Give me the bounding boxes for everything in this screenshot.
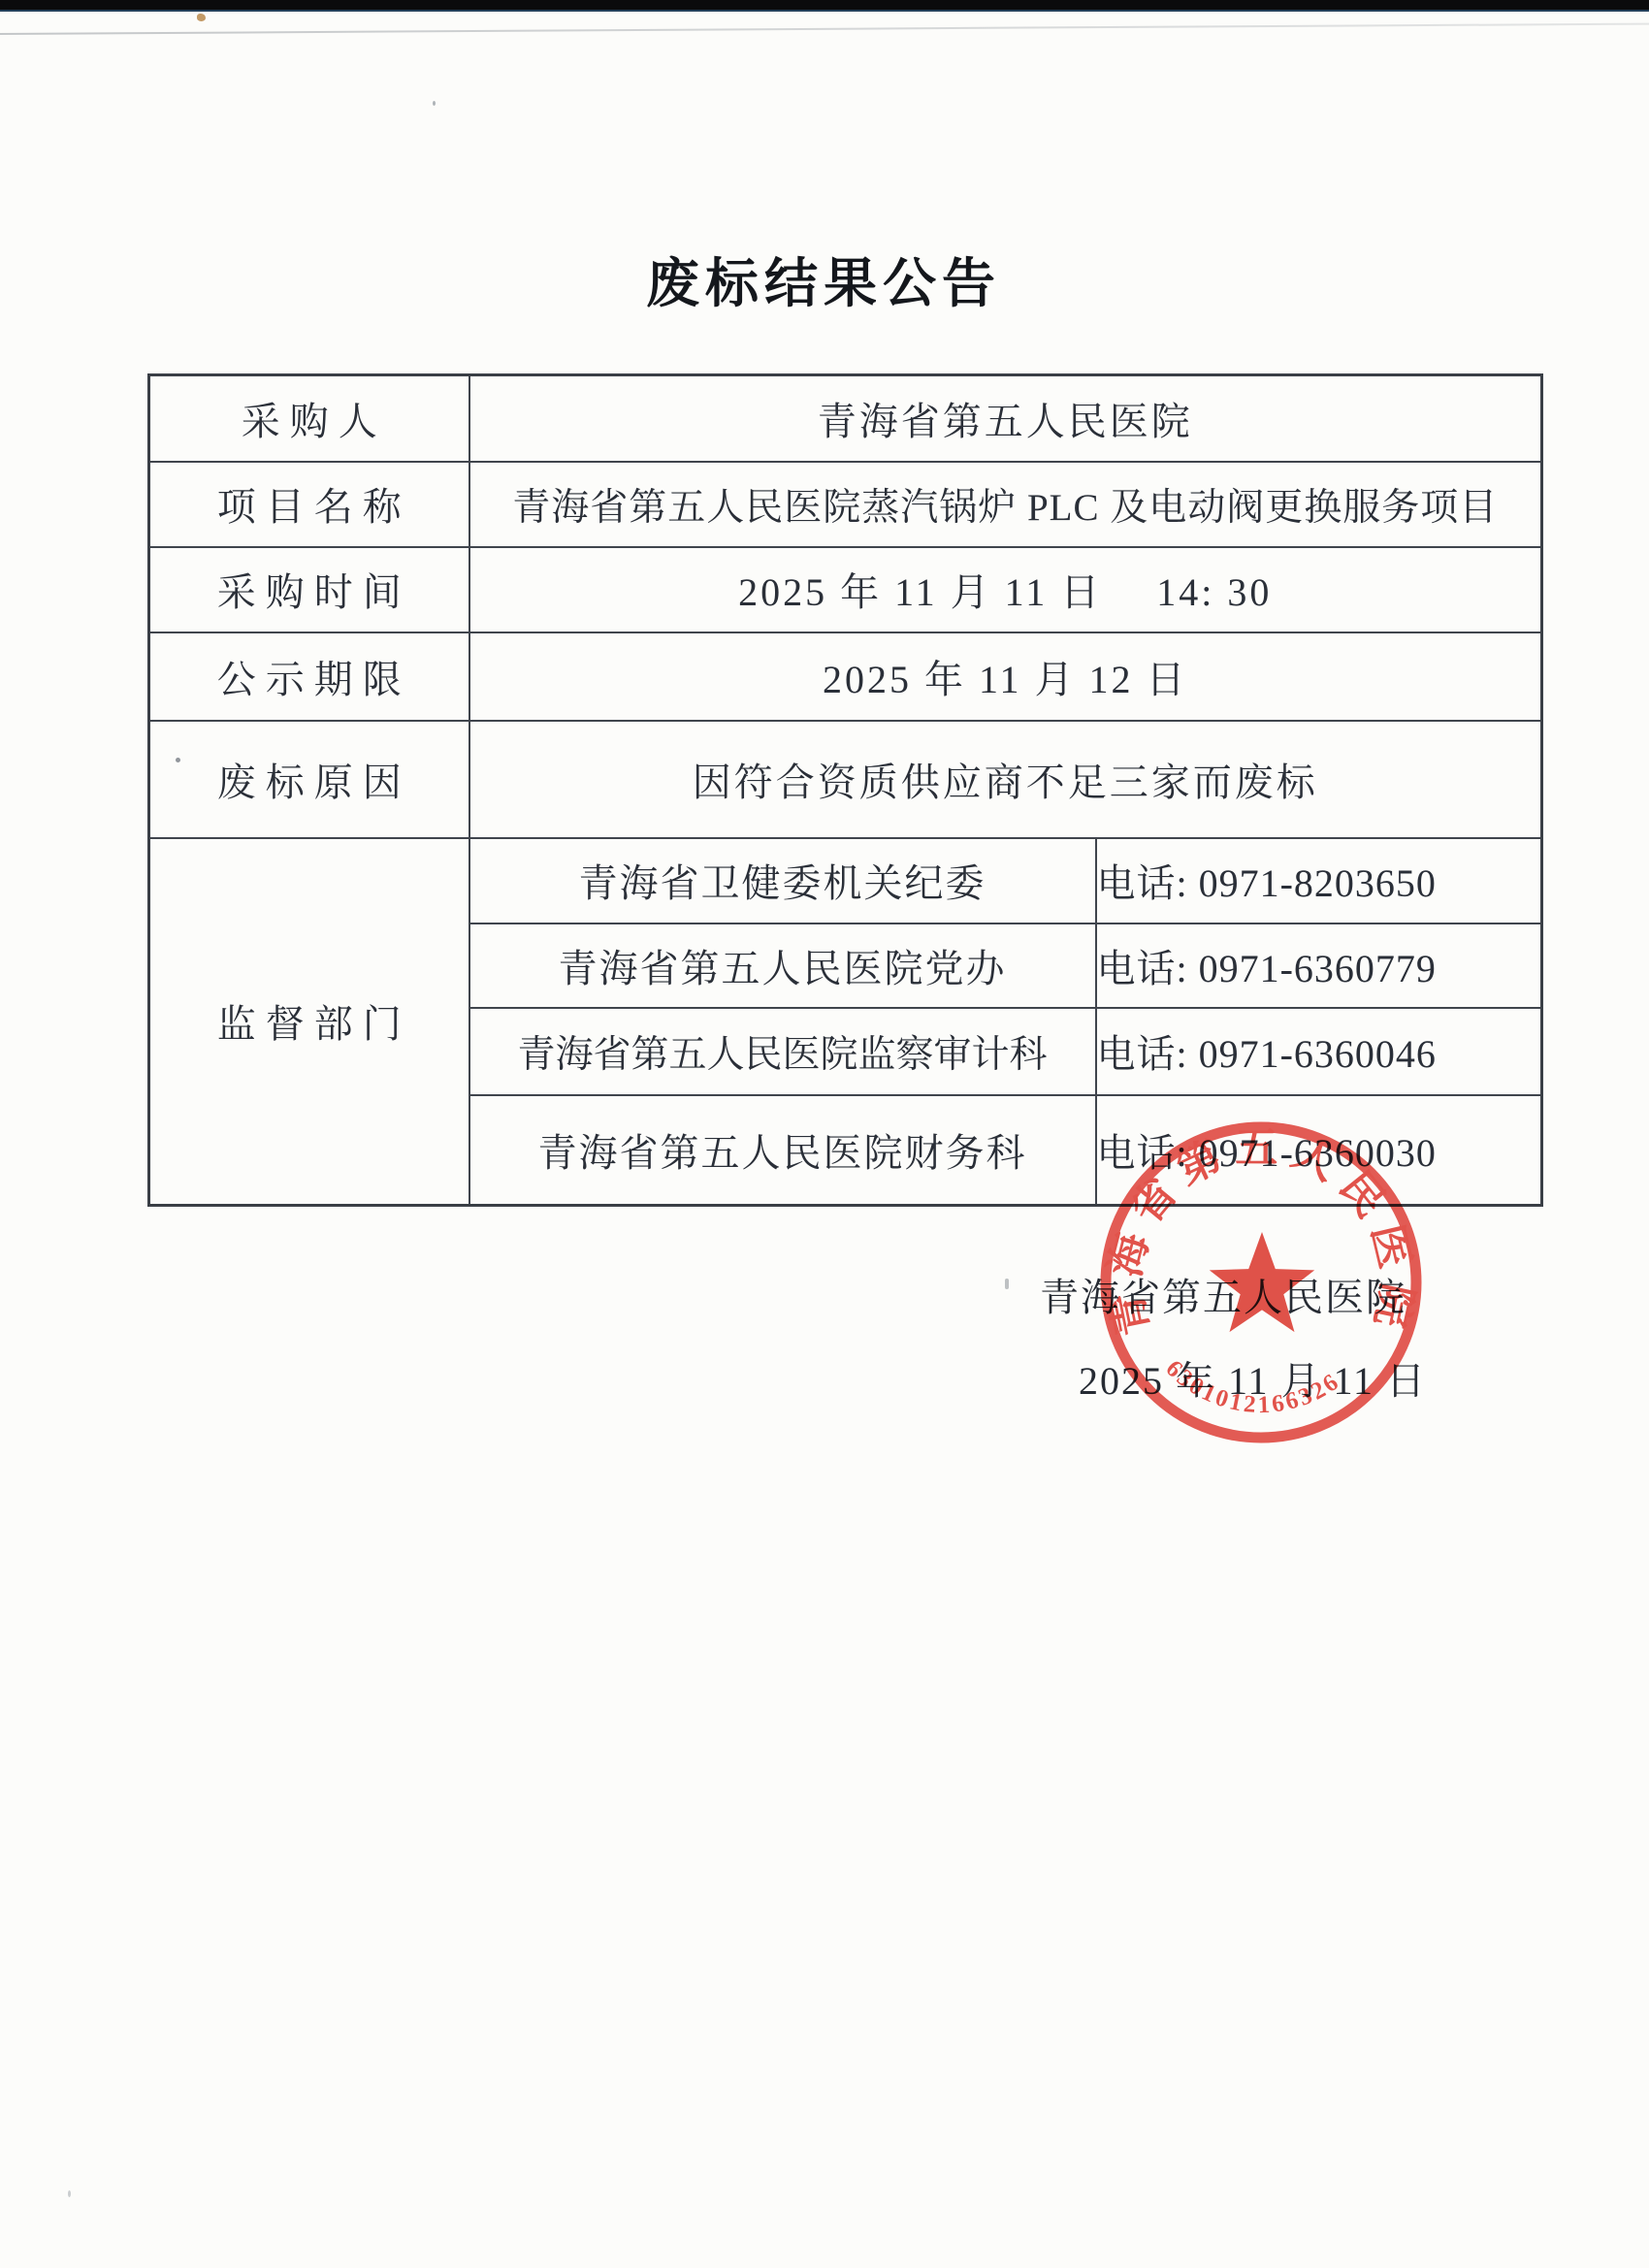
table-row: 公示期限 2025 年 11 月 12 日 <box>149 632 1542 721</box>
phone-cell: 电话: 0971-8203650 <box>1096 838 1542 923</box>
page-title: 废标结果公告 <box>0 241 1641 317</box>
announcement-table: 采购人 青海省第五人民医院 项目名称 青海省第五人民医院蒸汽锅炉 PLC 及电动… <box>147 373 1543 1207</box>
official-seal: 青海省第五人民医院 6301012166326 <box>1086 1108 1436 1457</box>
department-cell: 青海省第五人民医院监察审计科 <box>469 1008 1096 1095</box>
row-value-procurement-time: 2025 年 11 月 11 日 14: 30 <box>469 547 1542 632</box>
table-row: 采购时间 2025 年 11 月 11 日 14: 30 <box>149 547 1542 632</box>
phone-cell: 电话: 0971-6360779 <box>1096 923 1542 1008</box>
scan-crease-line <box>0 23 1649 35</box>
table-row: 监督部门 青海省卫健委机关纪委 电话: 0971-8203650 <box>149 838 1542 923</box>
row-value-cancel-reason: 因符合资质供应商不足三家而废标 <box>469 721 1542 838</box>
table-row: 废标原因 因符合资质供应商不足三家而废标 <box>149 721 1542 838</box>
row-label-purchaser: 采购人 <box>149 375 469 462</box>
scanner-edge-strip <box>0 0 1649 12</box>
row-label-cancel-reason: 废标原因 <box>149 721 469 838</box>
department-cell: 青海省第五人民医院党办 <box>469 923 1096 1008</box>
department-cell: 青海省卫健委机关纪委 <box>469 838 1096 923</box>
scan-speck <box>1005 1279 1009 1289</box>
scan-speck <box>197 14 206 21</box>
department-cell: 青海省第五人民医院财务科 <box>469 1095 1096 1206</box>
table-row: 项目名称 青海省第五人民医院蒸汽锅炉 PLC 及电动阀更换服务项目 <box>149 462 1542 547</box>
seal-number: 6301012166326 <box>1160 1355 1345 1418</box>
scanned-document-page: 废标结果公告 采购人 青海省第五人民医院 项目名称 青海省第五人民医院蒸汽锅炉 … <box>0 0 1649 2268</box>
scan-speck <box>68 2190 71 2197</box>
row-value-purchaser: 青海省第五人民医院 <box>469 375 1542 462</box>
row-label-procurement-time: 采购时间 <box>149 547 469 632</box>
table-row: 采购人 青海省第五人民医院 <box>149 375 1542 462</box>
row-label-publicity-period: 公示期限 <box>149 632 469 721</box>
row-value-project-name: 青海省第五人民医院蒸汽锅炉 PLC 及电动阀更换服务项目 <box>469 462 1542 547</box>
row-label-project-name: 项目名称 <box>149 462 469 547</box>
phone-cell: 电话: 0971-6360046 <box>1096 1008 1542 1095</box>
scan-speck <box>433 101 436 106</box>
supervision-label: 监督部门 <box>149 838 469 1206</box>
seal-star-icon <box>1210 1232 1314 1332</box>
row-value-publicity-period: 2025 年 11 月 12 日 <box>469 632 1542 721</box>
